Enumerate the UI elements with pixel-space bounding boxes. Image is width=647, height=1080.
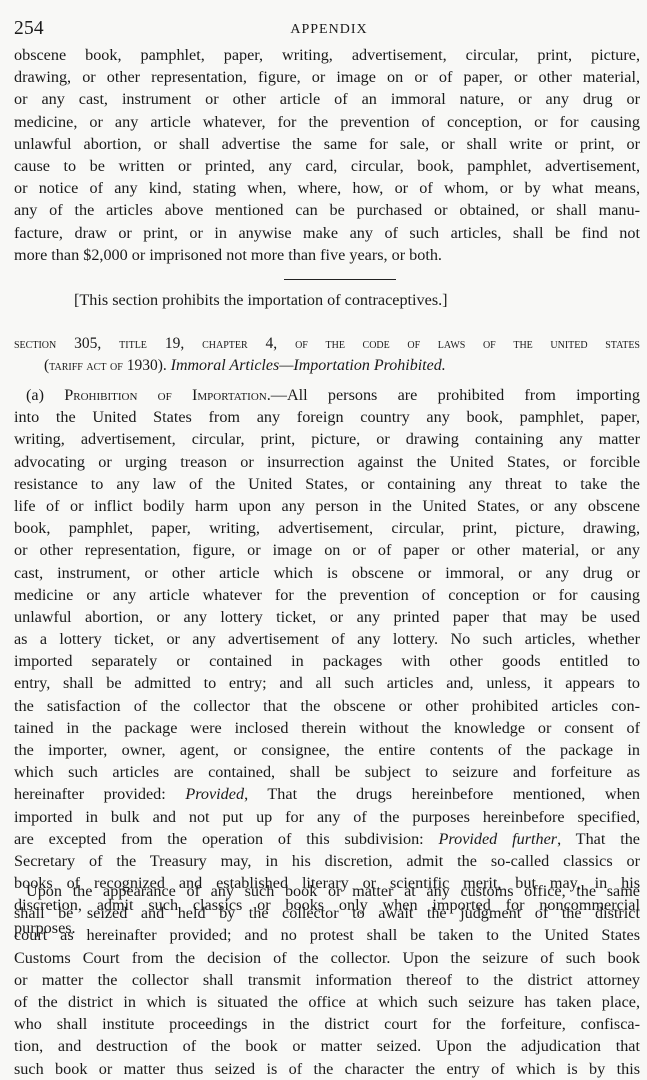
page-header: 254 APPENDIX [14, 0, 640, 40]
text-fragment: hereinafter provided: [14, 785, 185, 803]
text-line: or matter the collector shall transmit i… [14, 969, 640, 991]
text-line: such book or matter thus seized is of th… [14, 1058, 640, 1080]
section-divider-rule [284, 279, 396, 280]
text-fragment: are excepted from the operation of this … [14, 830, 439, 848]
heading-title-word: title [119, 336, 147, 352]
text-line: court as hereinafter provided; and no pr… [14, 924, 640, 946]
subsection-a: (a) Prohibition of Importation.—All pers… [14, 384, 640, 939]
text-line: facture, draw or print, or in anywise ma… [14, 222, 640, 244]
heading-tariff-act: tariff act of [49, 358, 123, 374]
text-line: (a) Prohibition of Importation.—All pers… [14, 384, 640, 406]
text-line: medicine, or any article whatever, for t… [14, 111, 640, 133]
text-line: tained in the package were inclosed ther… [14, 717, 640, 739]
text-line: entry, shall be admitted to entry; and a… [14, 672, 640, 694]
text-line: which such articles are contained, shall… [14, 761, 640, 783]
heading-section-word: section [14, 336, 56, 352]
heading-title-number: 19, [147, 335, 202, 352]
text-line: of the district in which is situated the… [14, 991, 640, 1013]
text-line: the importer, owner, agent, or consignee… [14, 739, 640, 761]
text-line: life of or inflict bodily harm upon any … [14, 495, 640, 517]
text-line: writing, advertisement, circular, print,… [14, 428, 640, 450]
text-line: Secretary of the Treasury may, in his di… [14, 850, 640, 872]
text-fragment: , That the [557, 830, 640, 848]
text-line: unlawful abortion, or any lottery ticket… [14, 606, 640, 628]
text-line: tion, and destruction of the book or mat… [14, 1035, 640, 1057]
text-line: advocating or urging treason or insurrec… [14, 451, 640, 473]
text-line: medicine or any article whatever for the… [14, 584, 640, 606]
text-line: the satisfaction of the collector that t… [14, 695, 640, 717]
text-line: cast, instrument, or other article which… [14, 562, 640, 584]
editorial-note: [This section prohibits the importation … [74, 289, 448, 311]
section-heading-line-1: section 305, title 19, chapter 4, of the… [14, 333, 640, 355]
text-line: Upon the appearance of any such book or … [14, 880, 640, 902]
running-head: APPENDIX [14, 22, 640, 38]
text-line: are excepted from the operation of this … [14, 828, 640, 850]
text-line: or other representation, figure, or imag… [14, 539, 640, 561]
proviso-term: Provided [185, 785, 244, 803]
text-line: resistance to any law of the United Stat… [14, 473, 640, 495]
text-line: or any cast, instrument or other article… [14, 88, 640, 110]
subsection-title: Prohibition of Importation. [64, 386, 271, 404]
text-line: more than $2,000 or imprisoned not more … [14, 244, 640, 266]
section-heading: section 305, title 19, chapter 4, of the… [14, 333, 640, 377]
text-line: cause to be written or printed, any card… [14, 155, 640, 177]
subsection-label: (a) [26, 386, 64, 404]
text-line: book, pamphlet, paper, writing, advertis… [14, 517, 640, 539]
book-page: 254 APPENDIX obscene book, pamphlet, pap… [14, 0, 640, 40]
heading-chapter-number: 4, [248, 335, 295, 352]
text-line: Customs Court from the decision of the c… [14, 947, 640, 969]
text-line: who shall institute proceedings in the d… [14, 1013, 640, 1035]
text-line: into the United States from any foreign … [14, 406, 640, 428]
text-line: or notice of any kind, stating when, whe… [14, 177, 640, 199]
continuation-paragraph: obscene book, pamphlet, paper, writing, … [14, 44, 640, 266]
heading-year: 1930). [123, 357, 171, 374]
text-line: imported in bulk and not put up for any … [14, 806, 640, 828]
heading-chapter-word: chapter [202, 336, 248, 352]
heading-subject: Immoral Articles—Importation Prohibited. [171, 357, 446, 374]
text-line: imported separately or contained in pack… [14, 650, 640, 672]
text-fragment: , That the drugs hereinbefore mentioned,… [244, 785, 640, 803]
seizure-paragraph: Upon the appearance of any such book or … [14, 880, 640, 1080]
proviso-further-term: Provided further [439, 830, 558, 848]
text-line: unlawful abortion, or shall advertise th… [14, 133, 640, 155]
text-line: drawing, or other representation, figure… [14, 66, 640, 88]
text-line: shall be seized and held by the collecto… [14, 902, 640, 924]
heading-code-of-laws: of the code of laws of the united states [295, 336, 640, 352]
text-line: any of the articles above mentioned can … [14, 199, 640, 221]
text-line: obscene book, pamphlet, paper, writing, … [14, 44, 640, 66]
section-heading-line-2: (tariff act of 1930). Immoral Articles—I… [14, 355, 640, 377]
heading-section-number: 305, [56, 335, 119, 352]
text-line: hereinafter provided: Provided, That the… [14, 783, 640, 805]
text-fragment: —All persons are prohibited from importi… [271, 386, 640, 404]
text-line: as a lottery ticket, or any advertisemen… [14, 628, 640, 650]
